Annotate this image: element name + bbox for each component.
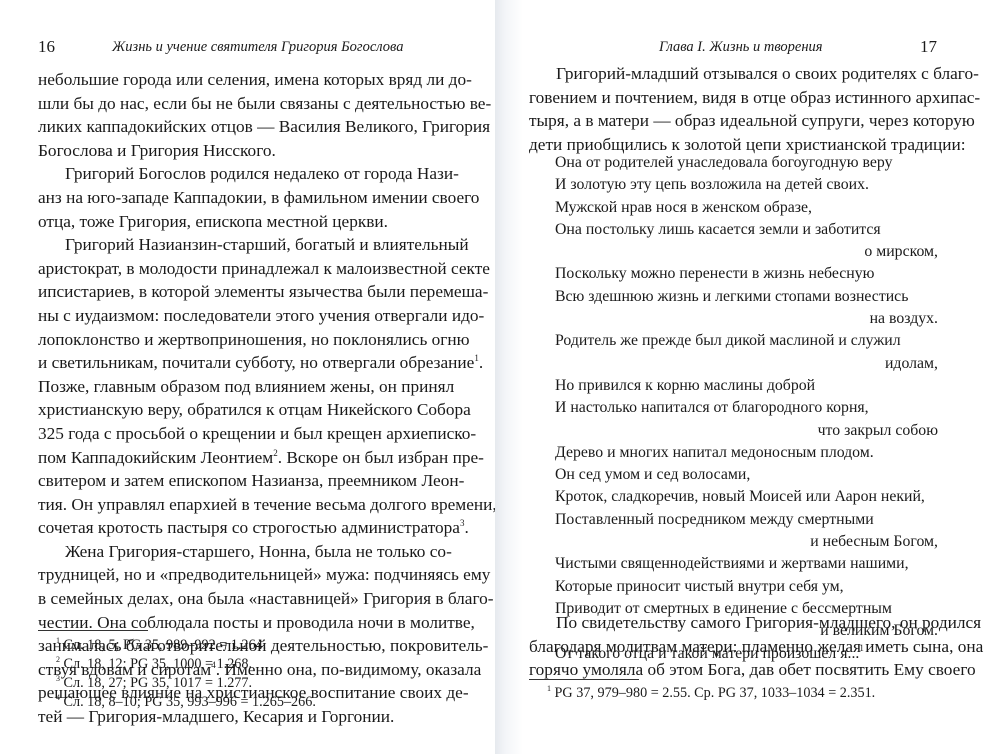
line-text: лопоклонство и жертвоприношения, но покл… [38,330,470,349]
footnote-text: Сл. 18, 5; PG 35, 989–992 = 1.264. [60,637,266,653]
poem-verse: Поскольку можно перенести в жизнь небесн… [555,263,938,285]
text-line: Богослова и Григория Нисского. [38,139,450,163]
left-footnotes: 1 Сл. 18, 5; PG 35, 989–992 = 1.264.2 Сл… [38,636,316,712]
line-text: тия. Он управлял епархией в течение весь… [38,495,497,514]
footnote-rule [529,679,639,680]
poem-verse: Родитель же прежде был дикой маслиной и … [555,330,938,352]
poem-verse: что закрыл собою [555,420,938,442]
line-text: дети приобщились к золотой цепи христиан… [529,135,966,154]
right-outro-text: По свидетельству самого Григория-младшег… [529,611,939,682]
line-text: Григорий Богослов родился недалеко от го… [65,164,459,183]
page-number: 17 [920,36,937,58]
text-line: По свидетельству самого Григория-младшег… [529,611,939,635]
text-line: христианскую веру, обратился к отцам Ник… [38,398,450,422]
text-line: тия. Он управлял епархией в течение весь… [38,493,450,517]
text-line: тыря, а в матери — образ идеальной супру… [529,109,939,133]
line-text: Григорий Назианзин-старший, богатый и вл… [65,235,469,254]
line-text: шли бы до нас, если бы не были связаны с… [38,94,491,113]
text-line: Позже, главным образом под влиянием жены… [38,375,450,399]
footnote: 2 Сл. 18, 12; PG 35, 1000 = 1.268. [38,655,316,674]
footnote: 3 Сл. 18, 27; PG 35, 1017 = 1.277. [38,674,316,693]
poem-quotation: Она от родителей унаследовала богоугодну… [555,152,938,665]
line-text: пом Каппадокийским Леонтием [38,448,273,467]
poem-verse: Она от родителей унаследовала богоугодну… [555,152,938,174]
line-text-continued: . [464,518,468,537]
poem-verse: Чистыми священнодействиями и жертвами на… [555,553,938,575]
line-text: ны с иудаизмом: последователи этого учен… [38,306,484,325]
line-text: аристократ, в молодости принадлежал к ма… [38,259,490,278]
line-text: анз на юго-западе Каппадокии, в фамильно… [38,188,479,207]
text-line: Григорий Назианзин-старший, богатый и вл… [38,233,450,257]
text-line: в семейных делах, она была «наставницей»… [38,587,450,611]
text-line: шли бы до нас, если бы не были связаны с… [38,92,450,116]
poem-verse: Поставленный посредником между смертными [555,509,938,531]
line-text: трудницей, но и «предводительницей» мужа… [38,565,490,584]
poem-verse: И настолько напитался от благородного ко… [555,397,938,419]
poem-verse: Дерево и многих напитал медоносным плодо… [555,442,938,464]
running-title: Глава I. Жизнь и творения [659,36,823,58]
text-line: отца, тоже Григория, епископа местной це… [38,210,450,234]
text-line: Григорий-младший отзывался о своих родит… [529,62,939,86]
text-line: свитером и затем епископом Назианза, пре… [38,469,450,493]
line-text: честии. Она соблюдала посты и проводила … [38,613,475,632]
text-line: ликих каппадокийских отцов — Василия Вел… [38,115,450,139]
text-line: трудницей, но и «предводительницей» мужа… [38,563,450,587]
line-text: Жена Григория-старшего, Нонна, была не т… [65,542,452,561]
text-line: ипсистариев, в которой элементы язычеств… [38,280,450,304]
text-line: Григорий Богослов родился недалеко от го… [38,162,450,186]
poem-verse: идолам, [555,353,938,375]
line-text: Позже, главным образом под влиянием жены… [38,377,454,396]
line-text-continued: . Вскоре он был избран пре- [278,448,484,467]
right-page-header: Глава I. Жизнь и творения 17 [527,36,937,58]
text-line: лопоклонство и жертвоприношения, но покл… [38,328,450,352]
line-text: Богослова и Григория Нисского. [38,141,276,160]
poem-verse: И золотую эту цепь возложила на детей св… [555,174,938,196]
line-text: и светильникам, почитали субботу, но отв… [38,353,474,372]
line-text: ипсистариев, в которой элементы язычеств… [38,282,488,301]
line-text: говением и почтением, видя в отце образ … [529,88,980,107]
footnote-text: Сл. 18, 8–10; PG 35, 993–996 = 1.265–266… [60,694,316,710]
line-text: По свидетельству самого Григория-младшег… [556,613,981,632]
footnote-text: Сл. 18, 12; PG 35, 1000 = 1.268. [60,656,252,672]
book-spread: 16 Жизнь и учение святителя Григория Бог… [0,0,1000,754]
left-page: 16 Жизнь и учение святителя Григория Бог… [0,0,495,754]
text-line: благодаря молитвам матери: пламенно жела… [529,635,939,659]
poem-verse: и небесным Богом, [555,531,938,553]
line-text: небольшие города или селения, имена кото… [38,70,472,89]
line-text: христианскую веру, обратился к отцам Ник… [38,400,471,419]
line-text-continued: . [479,353,483,372]
line-text: сочетая кротость пастыря со строгостью а… [38,518,460,537]
left-page-header: 16 Жизнь и учение святителя Григория Бог… [38,36,450,58]
line-text: благодаря молитвам матери: пламенно жела… [529,637,983,656]
line-text: в семейных делах, она была «наставницей»… [38,589,494,608]
text-line: сочетая кротость пастыря со строгостью а… [38,516,450,540]
poem-verse: на воздух. [555,308,938,330]
text-line: пом Каппадокийским Леонтием2. Вскоре он … [38,446,450,470]
text-line: аристократ, в молодости принадлежал к ма… [38,257,450,281]
poem-verse: Но привился к корню маслины доброй [555,375,938,397]
right-page: Глава I. Жизнь и творения 17 Григорий-мл… [495,0,1000,754]
text-line: анз на юго-западе Каппадокии, в фамильно… [38,186,450,210]
footnote: 1 Сл. 18, 5; PG 35, 989–992 = 1.264. [38,636,316,655]
line-text: отца, тоже Григория, епископа местной це… [38,212,388,231]
text-line: Жена Григория-старшего, Нонна, была не т… [38,540,450,564]
text-line: ны с иудаизмом: последователи этого учен… [38,304,450,328]
running-title: Жизнь и учение святителя Григория Богосл… [112,36,403,58]
line-text: тыря, а в матери — образ идеальной супру… [529,111,975,130]
line-text: ликих каппадокийских отцов — Василия Вел… [38,117,490,136]
footnote-text: Сл. 18, 27; PG 35, 1017 = 1.277. [60,675,252,691]
right-intro-text: Григорий-младший отзывался о своих родит… [529,62,939,156]
text-line: небольшие города или селения, имена кото… [38,68,450,92]
right-footnotes: 1 PG 37, 979–980 = 2.55. Ср. PG 37, 1033… [529,684,875,703]
text-line: 325 года с просьбой о крещении и был кре… [38,422,450,446]
poem-verse: Которые приносит чистый внутри себя ум, [555,576,938,598]
text-line: говением и почтением, видя в отце образ … [529,86,939,110]
poem-verse: Кроток, сладкоречив, новый Моисей или Аа… [555,486,938,508]
line-text: 325 года с просьбой о крещении и был кре… [38,424,476,443]
line-text: Григорий-младший отзывался о своих родит… [556,64,979,83]
line-text: свитером и затем епископом Назианза, пре… [38,471,464,490]
poem-verse: Она постольку лишь касается земли и забо… [555,219,938,241]
poem-verse: Всю здешнюю жизнь и легкими стопами возн… [555,286,938,308]
poem-verse: о мирском, [555,241,938,263]
page-number: 16 [38,36,55,58]
footnote: 4 Сл. 18, 8–10; PG 35, 993–996 = 1.265–2… [38,693,316,712]
footnote: 1 PG 37, 979–980 = 2.55. Ср. PG 37, 1033… [529,684,875,703]
footnote-text: PG 37, 979–980 = 2.55. Ср. PG 37, 1033–1… [551,685,875,701]
text-line: и светильникам, почитали субботу, но отв… [38,351,450,375]
poem-verse: Он сед умом и сед волосами, [555,464,938,486]
line-text: горячо умоляла об этом Бога, дав обет по… [529,660,976,679]
footnote-rule [38,630,148,631]
poem-verse: Мужской нрав нося в женском образе, [555,197,938,219]
